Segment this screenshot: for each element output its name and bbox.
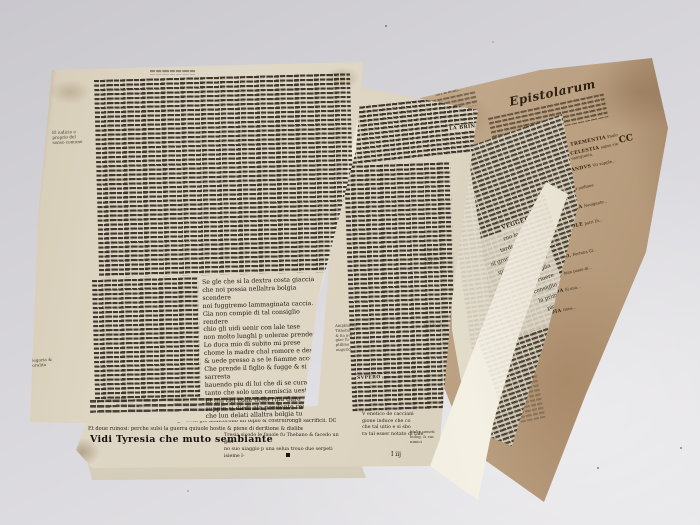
dust-speck xyxy=(492,41,494,43)
caps-fragment: SVPERO xyxy=(356,375,382,382)
signature-mark: I iij xyxy=(376,451,416,459)
margin-note-iudicio: El iudicio e proprio del senso comune xyxy=(52,129,89,146)
verse-block: Se gle che si la dextra costa giaccia ch… xyxy=(202,276,324,421)
dust-speck xyxy=(680,447,682,449)
index-note: patri Di... xyxy=(584,217,603,226)
printer-ornament xyxy=(286,453,290,457)
margin-note-bonifacio: Bonifacio papa. xyxy=(424,322,447,333)
photo-of-incunabula-leaves: Epistolarum CC MILITE q multu adiuet uir… xyxy=(0,0,700,525)
margin-note-ponte: El pote di sancto Angiolo a Roma xyxy=(424,246,447,267)
gloss-tiresias: Tresia sicodo le fauole fu Thebano & fac… xyxy=(224,432,342,460)
index-note: Fortuna Gl... xyxy=(572,247,597,257)
index-note: Paulo xyxy=(607,132,618,139)
running-title-smudge xyxy=(150,70,196,75)
index-note: Vir supple... xyxy=(592,158,616,168)
margin-note-molto: Molto ueneti bolog. & cac nimici xyxy=(410,430,436,444)
dust-speck xyxy=(187,490,189,492)
text-block xyxy=(344,162,459,412)
text-block xyxy=(94,73,355,278)
dust-speck xyxy=(385,25,387,27)
index-note: Gens... xyxy=(562,305,576,313)
index-note: Nauigante... xyxy=(583,198,607,208)
dust-speck xyxy=(597,467,599,469)
index-note: bian pasto di... xyxy=(563,265,592,276)
margin-note-amphiarao: Amphiarao Tithebio & fia nel giae fu pti… xyxy=(335,323,353,352)
text-block xyxy=(92,277,201,402)
margin-note-allegoria: allegoria & moralita xyxy=(28,357,53,369)
index-note: Si una... xyxy=(564,284,581,292)
